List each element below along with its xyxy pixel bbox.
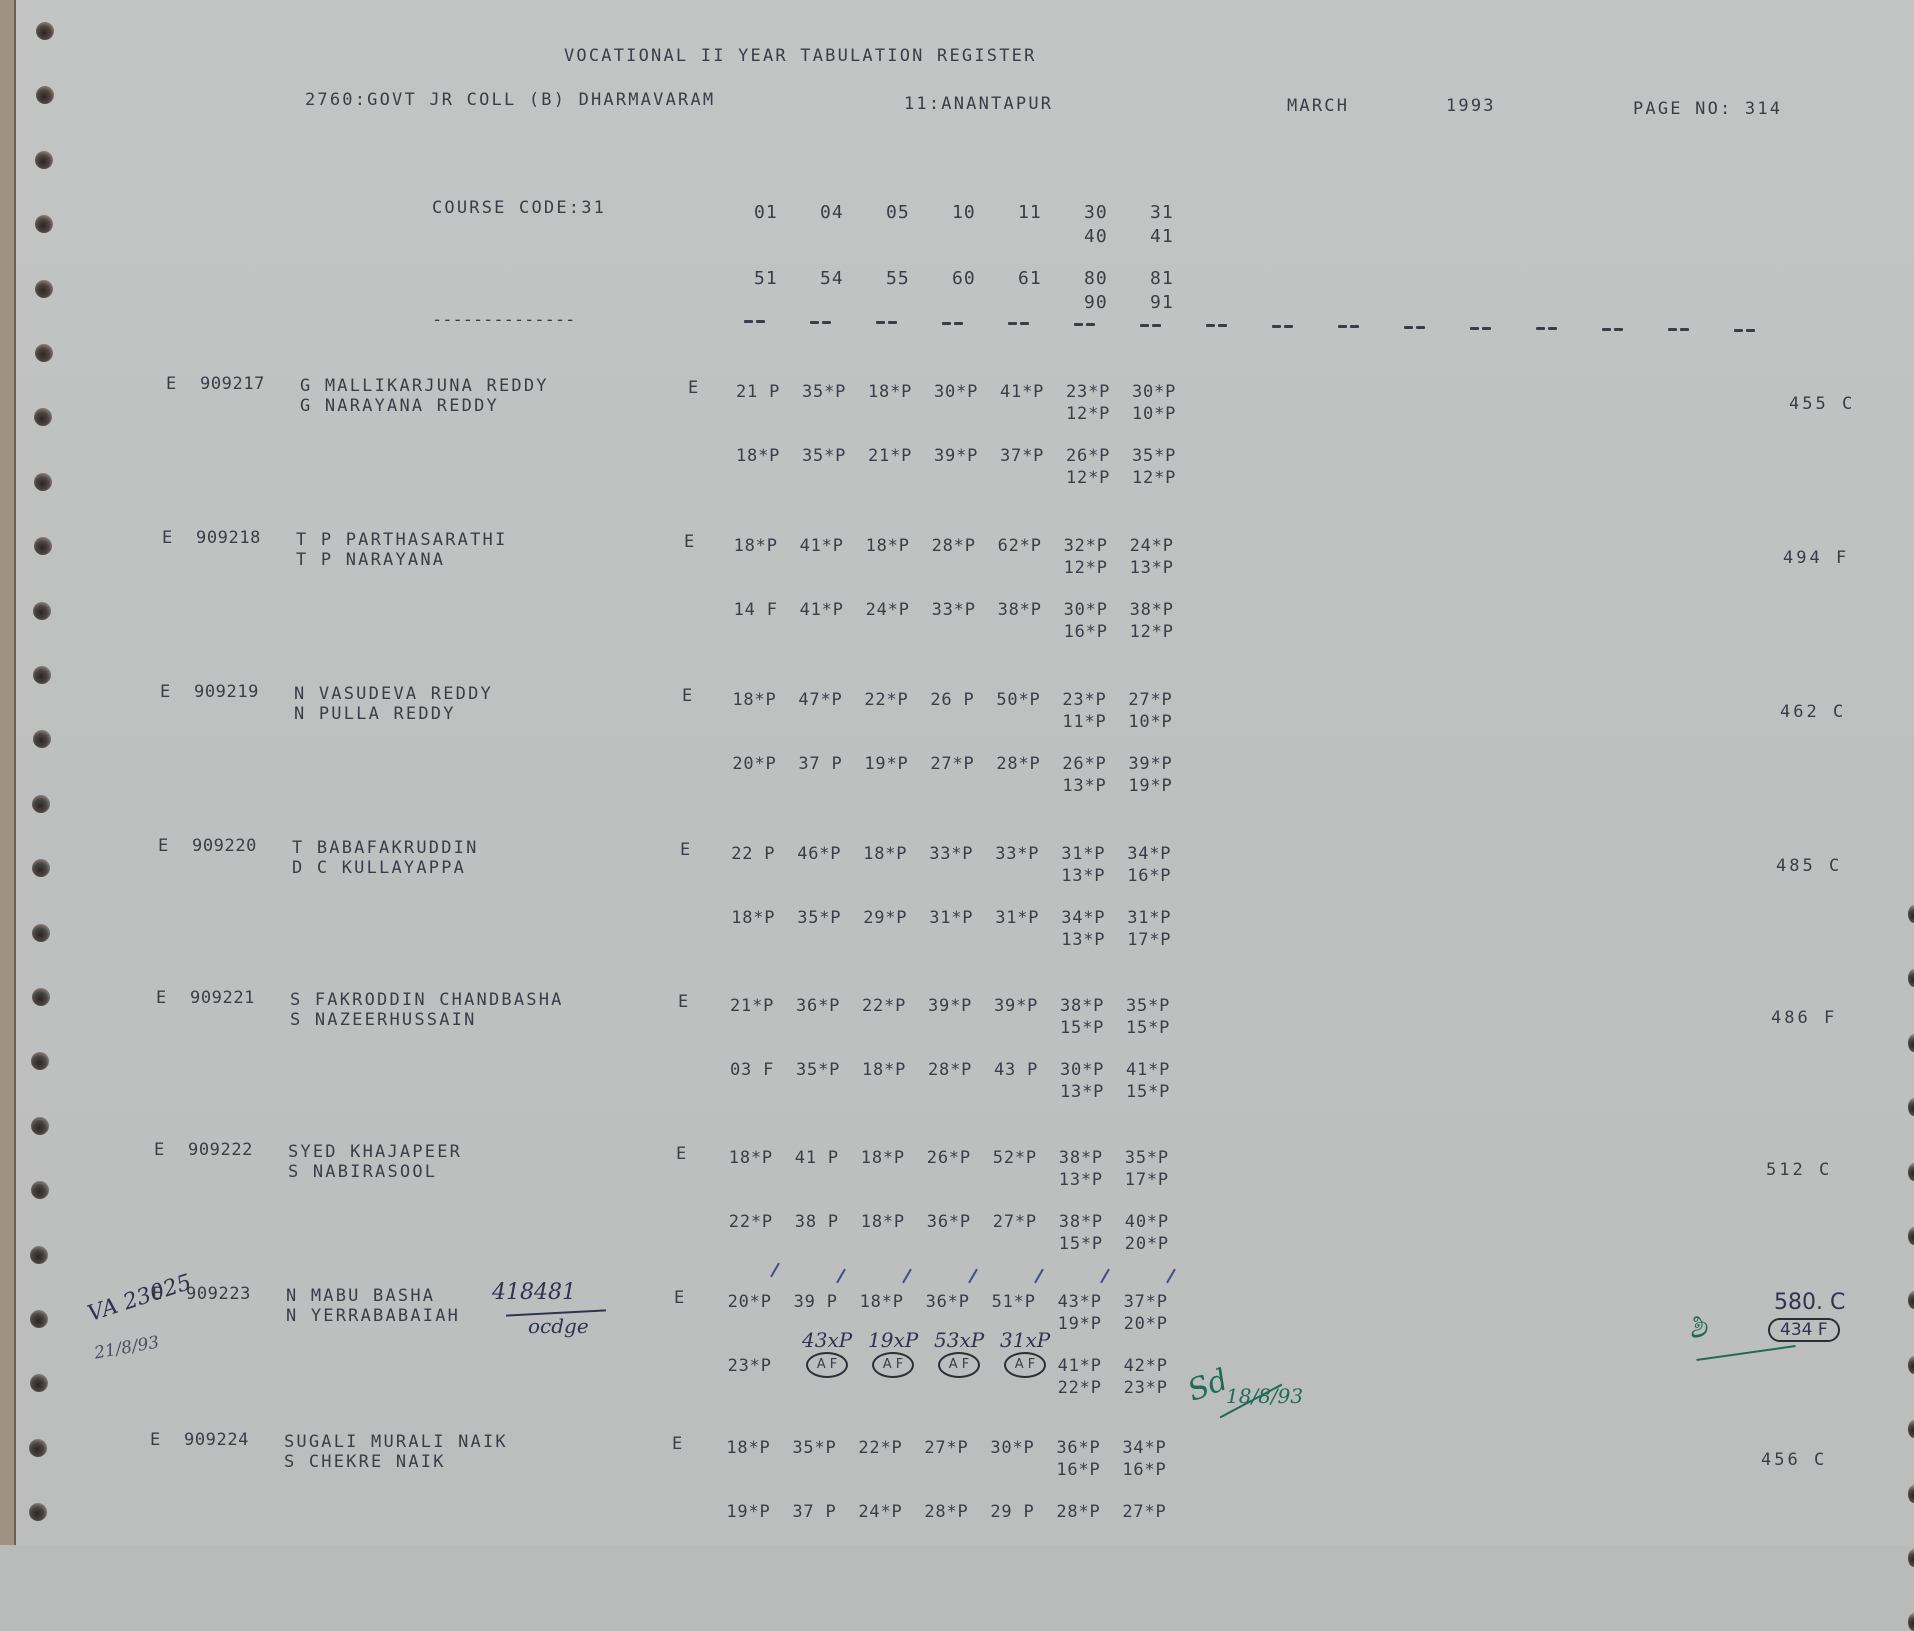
column-separator bbox=[1404, 326, 1426, 330]
paper-code-sub: 90 bbox=[1084, 294, 1108, 312]
year2-sub-mark: 20*P bbox=[1125, 1236, 1169, 1253]
column-separator bbox=[1272, 325, 1294, 329]
annotation-name-note: 418481 bbox=[492, 1280, 576, 1305]
year1-sub-mark: 20*P bbox=[1124, 1316, 1168, 1333]
year2-mark: 35*P bbox=[1132, 448, 1176, 465]
year1-mark: 18*P bbox=[863, 846, 907, 863]
punch-hole bbox=[33, 602, 51, 620]
year2-mark: 18*P bbox=[862, 1062, 906, 1079]
hall-ticket-number: 909222 bbox=[188, 1142, 253, 1159]
corrected-mark: 31xP bbox=[1000, 1328, 1050, 1352]
year1-mark: 18*P bbox=[866, 538, 910, 555]
year2-sub-mark: 12*P bbox=[1066, 470, 1110, 487]
grand-total-result: 494 F bbox=[1783, 550, 1849, 567]
punch-hole bbox=[29, 1503, 47, 1521]
punch-hole bbox=[31, 1117, 49, 1135]
year1-mark: 21 P bbox=[736, 384, 780, 401]
student-name: S FAKRODDIN CHANDBASHA bbox=[290, 992, 564, 1009]
verification-tick bbox=[968, 1269, 978, 1284]
record-category: E bbox=[156, 990, 167, 1007]
hall-ticket-number: 909221 bbox=[190, 990, 255, 1007]
year2-mark: 26*P bbox=[1062, 756, 1106, 773]
year1-mark: 26 P bbox=[930, 692, 974, 709]
year1-mark: 18*P bbox=[732, 692, 776, 709]
tabulation-register-sheet: VOCATIONAL II YEAR TABULATION REGISTER 2… bbox=[14, 0, 1914, 1545]
hall-ticket-number: 909219 bbox=[194, 684, 259, 701]
punch-hole bbox=[35, 344, 53, 362]
year1-mark: 39*P bbox=[994, 998, 1038, 1015]
year2-mark: 37 P bbox=[798, 756, 842, 773]
paper-code: 11 bbox=[1018, 204, 1042, 222]
year1-mark: 22 P bbox=[731, 846, 775, 863]
verification-tick bbox=[1034, 1269, 1044, 1284]
record-category: E bbox=[160, 684, 171, 701]
paper-code-sub: 41 bbox=[1150, 228, 1174, 246]
year2-mark: 35*P bbox=[797, 910, 841, 927]
year1-sub-mark: 12*P bbox=[1066, 406, 1110, 423]
punch-hole bbox=[34, 408, 52, 426]
punch-hole bbox=[1908, 1034, 1914, 1052]
record-category: E bbox=[150, 1432, 161, 1449]
record-category: E bbox=[154, 1142, 165, 1159]
year1-mark: 52*P bbox=[993, 1150, 1037, 1167]
year1-mark: 41*P bbox=[1000, 384, 1044, 401]
father-name: N YERRABABAIAH bbox=[286, 1308, 460, 1325]
year2-sub-mark: 12*P bbox=[1132, 470, 1176, 487]
punch-hole bbox=[32, 795, 50, 813]
absent-mark-circled: A F bbox=[1004, 1352, 1046, 1378]
year1-mark: 33*P bbox=[995, 846, 1039, 863]
student-name: N VASUDEVA REDDY bbox=[294, 686, 493, 703]
year1-mark: 24*P bbox=[1130, 538, 1174, 555]
year2-mark: 27*P bbox=[1122, 1504, 1166, 1521]
year1-mark: 27*P bbox=[924, 1440, 968, 1457]
year2-mark: 31*P bbox=[1127, 910, 1171, 927]
verifier-signature: ಶಿ bbox=[1685, 1305, 1710, 1348]
year2-sub-mark: 13*P bbox=[1060, 1084, 1104, 1101]
absent-mark-circled: A F bbox=[872, 1352, 914, 1378]
paper-code: 81 bbox=[1150, 270, 1174, 288]
year1-mark: 35*P bbox=[1126, 998, 1170, 1015]
exam-type: E bbox=[676, 1146, 688, 1163]
district-name: 11:ANANTAPUR bbox=[904, 96, 1053, 113]
year1-mark: 20*P bbox=[728, 1294, 772, 1311]
student-name: SUGALI MURALI NAIK bbox=[284, 1434, 508, 1451]
exam-type: E bbox=[682, 688, 694, 705]
year2-sub-mark: 17*P bbox=[1127, 932, 1171, 949]
exam-type: E bbox=[678, 994, 690, 1011]
exam-type: E bbox=[672, 1436, 684, 1453]
punch-hole bbox=[1908, 1485, 1914, 1503]
punch-hole bbox=[30, 1246, 48, 1264]
year1-mark: 23*P bbox=[1066, 384, 1110, 401]
year1-mark: 27*P bbox=[1128, 692, 1172, 709]
corrected-mark: 43xP bbox=[802, 1328, 852, 1352]
year1-mark: 43*P bbox=[1058, 1294, 1102, 1311]
year1-mark: 62*P bbox=[998, 538, 1042, 555]
corrected-mark: 53xP bbox=[934, 1328, 984, 1352]
year2-mark: 23*P bbox=[728, 1358, 772, 1375]
year2-mark: 19*P bbox=[864, 756, 908, 773]
punch-hole bbox=[34, 537, 52, 555]
father-name: N PULLA REDDY bbox=[294, 706, 456, 723]
exam-type: E bbox=[688, 380, 700, 397]
year2-mark: 18*P bbox=[861, 1214, 905, 1231]
hall-ticket-number: 909217 bbox=[200, 376, 265, 393]
paper-code: 51 bbox=[754, 270, 778, 288]
year1-sub-mark: 15*P bbox=[1060, 1020, 1104, 1037]
register-title: VOCATIONAL II YEAR TABULATION REGISTER bbox=[564, 48, 1037, 65]
father-name: T P NARAYANA bbox=[296, 552, 445, 569]
punch-hole bbox=[35, 215, 53, 233]
year2-mark: 37 P bbox=[792, 1504, 836, 1521]
year1-mark: 31*P bbox=[1061, 846, 1105, 863]
punch-hole bbox=[1908, 969, 1914, 987]
year2-mark: 34*P bbox=[1061, 910, 1105, 927]
year2-mark: 33*P bbox=[932, 602, 976, 619]
year1-mark: 26*P bbox=[927, 1150, 971, 1167]
punch-hole bbox=[1908, 1163, 1914, 1181]
year1-mark: 33*P bbox=[929, 846, 973, 863]
year1-mark: 28*P bbox=[932, 538, 976, 555]
year1-mark: 34*P bbox=[1127, 846, 1171, 863]
year2-mark: 28*P bbox=[924, 1504, 968, 1521]
year1-sub-mark: 19*P bbox=[1058, 1316, 1102, 1333]
year2-mark: 35*P bbox=[796, 1062, 840, 1079]
punch-hole bbox=[32, 924, 50, 942]
paper-code: 01 bbox=[754, 204, 778, 222]
exam-type: E bbox=[674, 1290, 686, 1307]
year2-mark: 18*P bbox=[736, 448, 780, 465]
column-separator bbox=[810, 321, 832, 325]
year1-sub-mark: 10*P bbox=[1132, 406, 1176, 423]
year1-mark: 30*P bbox=[934, 384, 978, 401]
year2-mark: 38*P bbox=[1130, 602, 1174, 619]
year1-mark: 51*P bbox=[992, 1294, 1036, 1311]
paper-code: 10 bbox=[952, 204, 976, 222]
punch-hole bbox=[1908, 1356, 1914, 1374]
exam-type: E bbox=[684, 534, 696, 551]
year1-sub-mark: 15*P bbox=[1126, 1020, 1170, 1037]
grand-total-result: 486 F bbox=[1771, 1010, 1837, 1027]
year2-mark: 18*P bbox=[731, 910, 775, 927]
year1-mark: 39*P bbox=[928, 998, 972, 1015]
year2-mark: 28*P bbox=[996, 756, 1040, 773]
year1-mark: 34*P bbox=[1122, 1440, 1166, 1457]
column-separator bbox=[1074, 323, 1096, 327]
year2-mark: 40*P bbox=[1125, 1214, 1169, 1231]
punch-hole bbox=[30, 1374, 48, 1392]
column-separator bbox=[1734, 329, 1756, 333]
verification-tick bbox=[902, 1269, 912, 1284]
year2-mark: 43 P bbox=[994, 1062, 1038, 1079]
year1-mark: 46*P bbox=[797, 846, 841, 863]
year2-sub-mark: 15*P bbox=[1059, 1236, 1103, 1253]
punch-hole bbox=[31, 1181, 49, 1199]
year1-mark: 18*P bbox=[860, 1294, 904, 1311]
year2-mark: 41*P bbox=[1058, 1358, 1102, 1375]
year2-mark: 22*P bbox=[729, 1214, 773, 1231]
year2-mark: 31*P bbox=[995, 910, 1039, 927]
year1-mark: 23*P bbox=[1062, 692, 1106, 709]
year2-mark: 38*P bbox=[998, 602, 1042, 619]
column-separator bbox=[942, 322, 964, 326]
year1-mark: 41 P bbox=[795, 1150, 839, 1167]
column-separator bbox=[1338, 325, 1360, 329]
paper-code: 55 bbox=[886, 270, 910, 288]
father-name: S NAZEERHUSSAIN bbox=[290, 1012, 477, 1029]
year1-mark: 36*P bbox=[1056, 1440, 1100, 1457]
year1-mark: 32*P bbox=[1064, 538, 1108, 555]
hall-ticket-number: 909224 bbox=[184, 1432, 249, 1449]
grand-total-result: 485 C bbox=[1776, 858, 1842, 875]
year2-mark: 03 F bbox=[730, 1062, 774, 1079]
paper-code: 31 bbox=[1150, 204, 1174, 222]
annotation-va-number: VA 23025 bbox=[85, 1270, 195, 1327]
paper-code: 60 bbox=[952, 270, 976, 288]
year1-mark: 18*P bbox=[729, 1150, 773, 1167]
year2-mark: 36*P bbox=[927, 1214, 971, 1231]
year1-mark: 22*P bbox=[862, 998, 906, 1015]
year2-sub-mark: 16*P bbox=[1064, 624, 1108, 641]
year1-mark: 39 P bbox=[794, 1294, 838, 1311]
year2-mark: 29*P bbox=[863, 910, 907, 927]
punch-hole bbox=[36, 22, 54, 40]
student-name: SYED KHAJAPEER bbox=[288, 1144, 462, 1161]
course-underline: -------------- bbox=[432, 312, 575, 329]
checker-signature-date: 18/8/93 bbox=[1226, 1384, 1303, 1408]
punch-hole bbox=[33, 666, 51, 684]
punch-hole bbox=[1908, 905, 1914, 923]
student-name: T P PARTHASARATHI bbox=[296, 532, 507, 549]
year1-mark: 35*P bbox=[802, 384, 846, 401]
year1-mark: 35*P bbox=[1125, 1150, 1169, 1167]
year2-mark: 14 F bbox=[734, 602, 778, 619]
punch-hole bbox=[32, 988, 50, 1006]
year1-mark: 18*P bbox=[868, 384, 912, 401]
year2-sub-mark: 12*P bbox=[1130, 624, 1174, 641]
year2-sub-mark: 19*P bbox=[1128, 778, 1172, 795]
year2-mark: 39*P bbox=[1128, 756, 1172, 773]
father-name: D C KULLAYAPPA bbox=[292, 860, 466, 877]
course-code: COURSE CODE:31 bbox=[432, 200, 606, 217]
student-name: T BABAFAKRUDDIN bbox=[292, 840, 479, 857]
year2-mark: 30*P bbox=[1064, 602, 1108, 619]
year2-mark: 20*P bbox=[732, 756, 776, 773]
exam-year: 1993 bbox=[1446, 98, 1496, 115]
year1-sub-mark: 10*P bbox=[1128, 714, 1172, 731]
year2-mark: 26*P bbox=[1066, 448, 1110, 465]
year2-mark: 37*P bbox=[1000, 448, 1044, 465]
hall-ticket-number: 909223 bbox=[186, 1286, 251, 1303]
paper-code: 61 bbox=[1018, 270, 1042, 288]
year1-sub-mark: 13*P bbox=[1061, 868, 1105, 885]
punch-hole bbox=[1908, 1227, 1914, 1245]
punch-hole bbox=[1908, 1291, 1914, 1309]
corrected-mark: 19xP bbox=[868, 1328, 918, 1352]
column-separator bbox=[1602, 328, 1624, 332]
column-separator bbox=[744, 320, 766, 324]
column-separator bbox=[1140, 324, 1162, 328]
year2-mark: 24*P bbox=[858, 1504, 902, 1521]
year2-mark: 42*P bbox=[1124, 1358, 1168, 1375]
year2-mark: 24*P bbox=[866, 602, 910, 619]
year1-sub-mark: 13*P bbox=[1059, 1172, 1103, 1189]
punch-hole bbox=[33, 730, 51, 748]
year2-sub-mark: 23*P bbox=[1124, 1380, 1168, 1397]
punch-hole bbox=[36, 86, 54, 104]
year1-mark: 18*P bbox=[861, 1150, 905, 1167]
year1-mark: 18*P bbox=[726, 1440, 770, 1457]
year2-sub-mark: 22*P bbox=[1058, 1380, 1102, 1397]
grand-total-result: 462 C bbox=[1780, 704, 1846, 721]
year2-sub-mark: 13*P bbox=[1062, 778, 1106, 795]
college-name: 2760:GOVT JR COLL (B) DHARMAVARAM bbox=[305, 92, 715, 109]
exam-type: E bbox=[680, 842, 692, 859]
father-name: S NABIRASOOL bbox=[288, 1164, 437, 1181]
record-category: E bbox=[166, 376, 177, 393]
year1-mark: 36*P bbox=[796, 998, 840, 1015]
year1-mark: 36*P bbox=[926, 1294, 970, 1311]
absent-mark-circled: A F bbox=[806, 1352, 848, 1378]
column-separator bbox=[1668, 328, 1690, 332]
column-separator bbox=[1470, 327, 1492, 331]
year1-sub-mark: 16*P bbox=[1122, 1462, 1166, 1479]
year2-mark: 41*P bbox=[1126, 1062, 1170, 1079]
grand-total-result: 455 C bbox=[1789, 396, 1855, 413]
punch-hole bbox=[1908, 1420, 1914, 1438]
paper-code: 30 bbox=[1084, 204, 1108, 222]
annotation-name-note-sub: ocdge bbox=[528, 1314, 589, 1338]
student-name: N MABU BASHA bbox=[286, 1288, 435, 1305]
year1-mark: 30*P bbox=[990, 1440, 1034, 1457]
verification-tick bbox=[1100, 1269, 1110, 1284]
year1-mark: 18*P bbox=[734, 538, 778, 555]
record-category: E bbox=[162, 530, 173, 547]
grand-total-result: 512 C bbox=[1766, 1162, 1832, 1179]
column-separator bbox=[1008, 322, 1030, 326]
year1-sub-mark: 17*P bbox=[1125, 1172, 1169, 1189]
year2-mark: 31*P bbox=[929, 910, 973, 927]
year2-mark: 19*P bbox=[726, 1504, 770, 1521]
paper-code-sub: 40 bbox=[1084, 228, 1108, 246]
year1-sub-mark: 12*P bbox=[1064, 560, 1108, 577]
year1-mark: 47*P bbox=[798, 692, 842, 709]
column-separator bbox=[876, 321, 898, 325]
year1-sub-mark: 11*P bbox=[1062, 714, 1106, 731]
verification-tick bbox=[836, 1269, 846, 1284]
year1-mark: 22*P bbox=[864, 692, 908, 709]
year1-mark: 30*P bbox=[1132, 384, 1176, 401]
punch-hole bbox=[35, 151, 53, 169]
year1-mark: 22*P bbox=[858, 1440, 902, 1457]
binding-edge bbox=[0, 0, 14, 1545]
grand-total-result: 456 C bbox=[1761, 1452, 1827, 1469]
punch-hole bbox=[1908, 1098, 1914, 1116]
year1-sub-mark: 16*P bbox=[1056, 1462, 1100, 1479]
year1-mark: 38*P bbox=[1059, 1150, 1103, 1167]
original-total-circled: 434 F bbox=[1768, 1318, 1840, 1342]
punch-hole bbox=[29, 1439, 47, 1457]
student-name: G MALLIKARJUNA REDDY bbox=[300, 378, 549, 395]
exam-month: MARCH bbox=[1287, 98, 1349, 115]
column-separator bbox=[1206, 324, 1228, 328]
year2-mark: 28*P bbox=[928, 1062, 972, 1079]
year2-mark: 41*P bbox=[800, 602, 844, 619]
year1-mark: 41*P bbox=[800, 538, 844, 555]
signature-underline bbox=[1696, 1345, 1795, 1361]
year2-mark: 27*P bbox=[993, 1214, 1037, 1231]
punch-hole bbox=[34, 473, 52, 491]
paper-code: 04 bbox=[820, 204, 844, 222]
year1-sub-mark: 13*P bbox=[1130, 560, 1174, 577]
year2-mark: 21*P bbox=[868, 448, 912, 465]
year1-mark: 37*P bbox=[1124, 1294, 1168, 1311]
paper-code: 54 bbox=[820, 270, 844, 288]
year1-sub-mark: 16*P bbox=[1127, 868, 1171, 885]
year2-mark: 29 P bbox=[990, 1504, 1034, 1521]
hall-ticket-number: 909220 bbox=[192, 838, 257, 855]
year2-sub-mark: 13*P bbox=[1061, 932, 1105, 949]
year2-mark: 38*P bbox=[1059, 1214, 1103, 1231]
year1-mark: 35*P bbox=[792, 1440, 836, 1457]
year2-mark: 35*P bbox=[802, 448, 846, 465]
revised-total: 580. C bbox=[1774, 1290, 1845, 1315]
year2-mark: 30*P bbox=[1060, 1062, 1104, 1079]
father-name: S CHEKRE NAIK bbox=[284, 1454, 446, 1471]
year2-mark: 38 P bbox=[795, 1214, 839, 1231]
year1-mark: 50*P bbox=[996, 692, 1040, 709]
absent-mark-circled: A F bbox=[938, 1352, 980, 1378]
punch-hole bbox=[35, 280, 53, 298]
hall-ticket-number: 909218 bbox=[196, 530, 261, 547]
year1-mark: 21*P bbox=[730, 998, 774, 1015]
punch-hole bbox=[32, 859, 50, 877]
column-separator bbox=[1536, 327, 1558, 331]
verification-tick bbox=[1166, 1269, 1176, 1284]
father-name: G NARAYANA REDDY bbox=[300, 398, 499, 415]
verification-tick bbox=[770, 1263, 780, 1278]
punch-hole bbox=[30, 1310, 48, 1328]
year2-mark: 27*P bbox=[930, 756, 974, 773]
record-category: E bbox=[158, 838, 169, 855]
annotation-left-date: 21/8/93 bbox=[93, 1332, 161, 1363]
paper-code: 05 bbox=[886, 204, 910, 222]
year2-sub-mark: 15*P bbox=[1126, 1084, 1170, 1101]
punch-hole bbox=[31, 1052, 49, 1070]
year1-mark: 38*P bbox=[1060, 998, 1104, 1015]
page-number: PAGE NO: 314 bbox=[1633, 101, 1782, 118]
paper-code-sub: 91 bbox=[1150, 294, 1174, 312]
year2-mark: 39*P bbox=[934, 448, 978, 465]
paper-code: 80 bbox=[1084, 270, 1108, 288]
year2-mark: 28*P bbox=[1056, 1504, 1100, 1521]
